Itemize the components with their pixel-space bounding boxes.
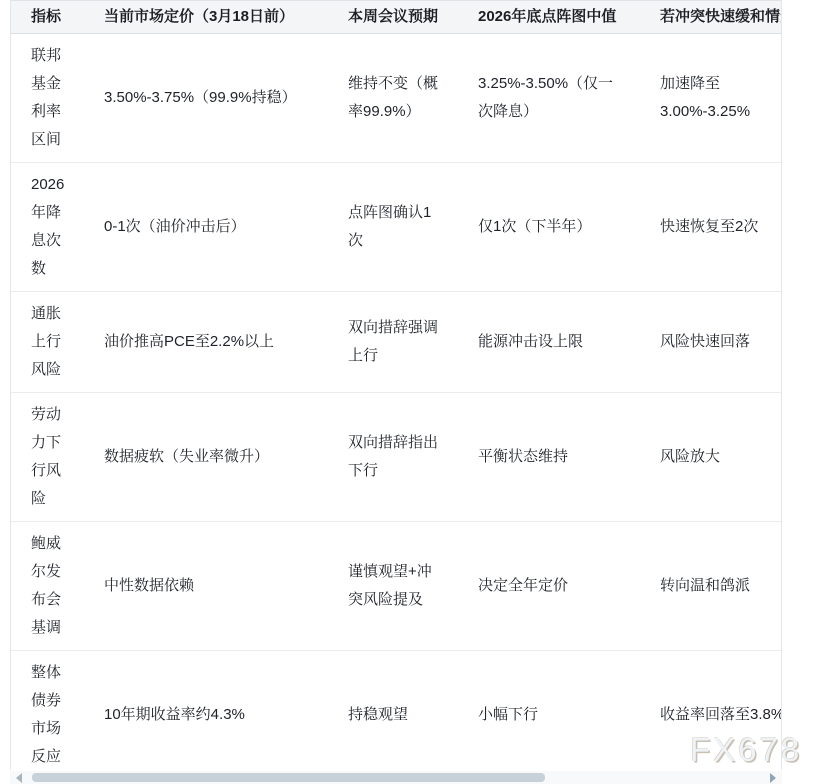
table-row: 通胀 上行 风险 油价推高PCE至2.2%以上 双向措辞强调 上行 能源冲击设上… [11, 292, 782, 393]
table-cell: 平衡状态维持 [458, 393, 640, 522]
table-scroll-area[interactable]: 指标 当前市场定价（3月18日前） 本周会议预期 2026年底点阵图中值 若冲突… [10, 0, 782, 770]
table-cell: 决定全年定价 [458, 522, 640, 651]
table-cell: 谨慎观望+冲 突风险提及 [328, 522, 458, 651]
table-cell: 3.50%-3.75%（99.9%持稳） [84, 34, 328, 163]
table-cell: 收益率回落至3.8% [640, 651, 782, 771]
table-cell: 风险放大 [640, 393, 782, 522]
table-cell: 油价推高PCE至2.2%以上 [84, 292, 328, 393]
table-cell: 劳动 力下 行风 险 [11, 393, 84, 522]
column-header-meeting-expectation: 本周会议预期 [328, 1, 458, 34]
table-cell: 0-1次（油价冲击后） [84, 163, 328, 292]
table-cell: 中性数据依赖 [84, 522, 328, 651]
table-cell: 双向措辞指出 下行 [328, 393, 458, 522]
scroll-right-icon[interactable] [770, 773, 776, 783]
table-cell: 通胀 上行 风险 [11, 292, 84, 393]
table-cell: 持稳观望 [328, 651, 458, 771]
column-header-dotplot-median: 2026年底点阵图中值 [458, 1, 640, 34]
table-row: 劳动 力下 行风 险 数据疲软（失业率微升） 双向措辞指出 下行 平衡状态维持 … [11, 393, 782, 522]
table-cell: 整体 债券 市场 反应 [11, 651, 84, 771]
table-cell: 10年期收益率约4.3% [84, 651, 328, 771]
table-cell: 点阵图确认1 次 [328, 163, 458, 292]
table-row: 2026 年降 息次 数 0-1次（油价冲击后） 点阵图确认1 次 仅1次（下半… [11, 163, 782, 292]
table-cell: 仅1次（下半年） [458, 163, 640, 292]
table-cell: 能源冲击设上限 [458, 292, 640, 393]
table-cell: 小幅下行 [458, 651, 640, 771]
table-cell: 快速恢复至2次 [640, 163, 782, 292]
table-cell: 风险快速回落 [640, 292, 782, 393]
table-cell: 3.25%-3.50%（仅一 次降息） [458, 34, 640, 163]
table-cell: 鲍威 尔发 布会 基调 [11, 522, 84, 651]
table-row: 联邦 基金 利率 区间 3.50%-3.75%（99.9%持稳） 维持不变（概 … [11, 34, 782, 163]
table-cell: 转向温和鸽派 [640, 522, 782, 651]
horizontal-scrollbar[interactable] [10, 771, 782, 784]
fomc-outlook-table: 指标 当前市场定价（3月18日前） 本周会议预期 2026年底点阵图中值 若冲突… [11, 1, 782, 770]
table-cell: 2026 年降 息次 数 [11, 163, 84, 292]
column-header-deescalation-scenario: 若冲突快速缓和情景 [640, 1, 782, 34]
table-row: 整体 债券 市场 反应 10年期收益率约4.3% 持稳观望 小幅下行 收益率回落… [11, 651, 782, 771]
scrollbar-thumb[interactable] [32, 773, 545, 782]
table-cell: 双向措辞强调 上行 [328, 292, 458, 393]
table-row: 鲍威 尔发 布会 基调 中性数据依赖 谨慎观望+冲 突风险提及 决定全年定价 转… [11, 522, 782, 651]
column-header-current-pricing: 当前市场定价（3月18日前） [84, 1, 328, 34]
table-cell: 维持不变（概 率99.9%） [328, 34, 458, 163]
column-header-indicator: 指标 [11, 1, 84, 34]
table-cell: 加速降至 3.00%-3.25% [640, 34, 782, 163]
header-row: 指标 当前市场定价（3月18日前） 本周会议预期 2026年底点阵图中值 若冲突… [11, 1, 782, 34]
scroll-left-icon[interactable] [16, 773, 22, 783]
table-cell: 联邦 基金 利率 区间 [11, 34, 84, 163]
table-cell: 数据疲软（失业率微升） [84, 393, 328, 522]
